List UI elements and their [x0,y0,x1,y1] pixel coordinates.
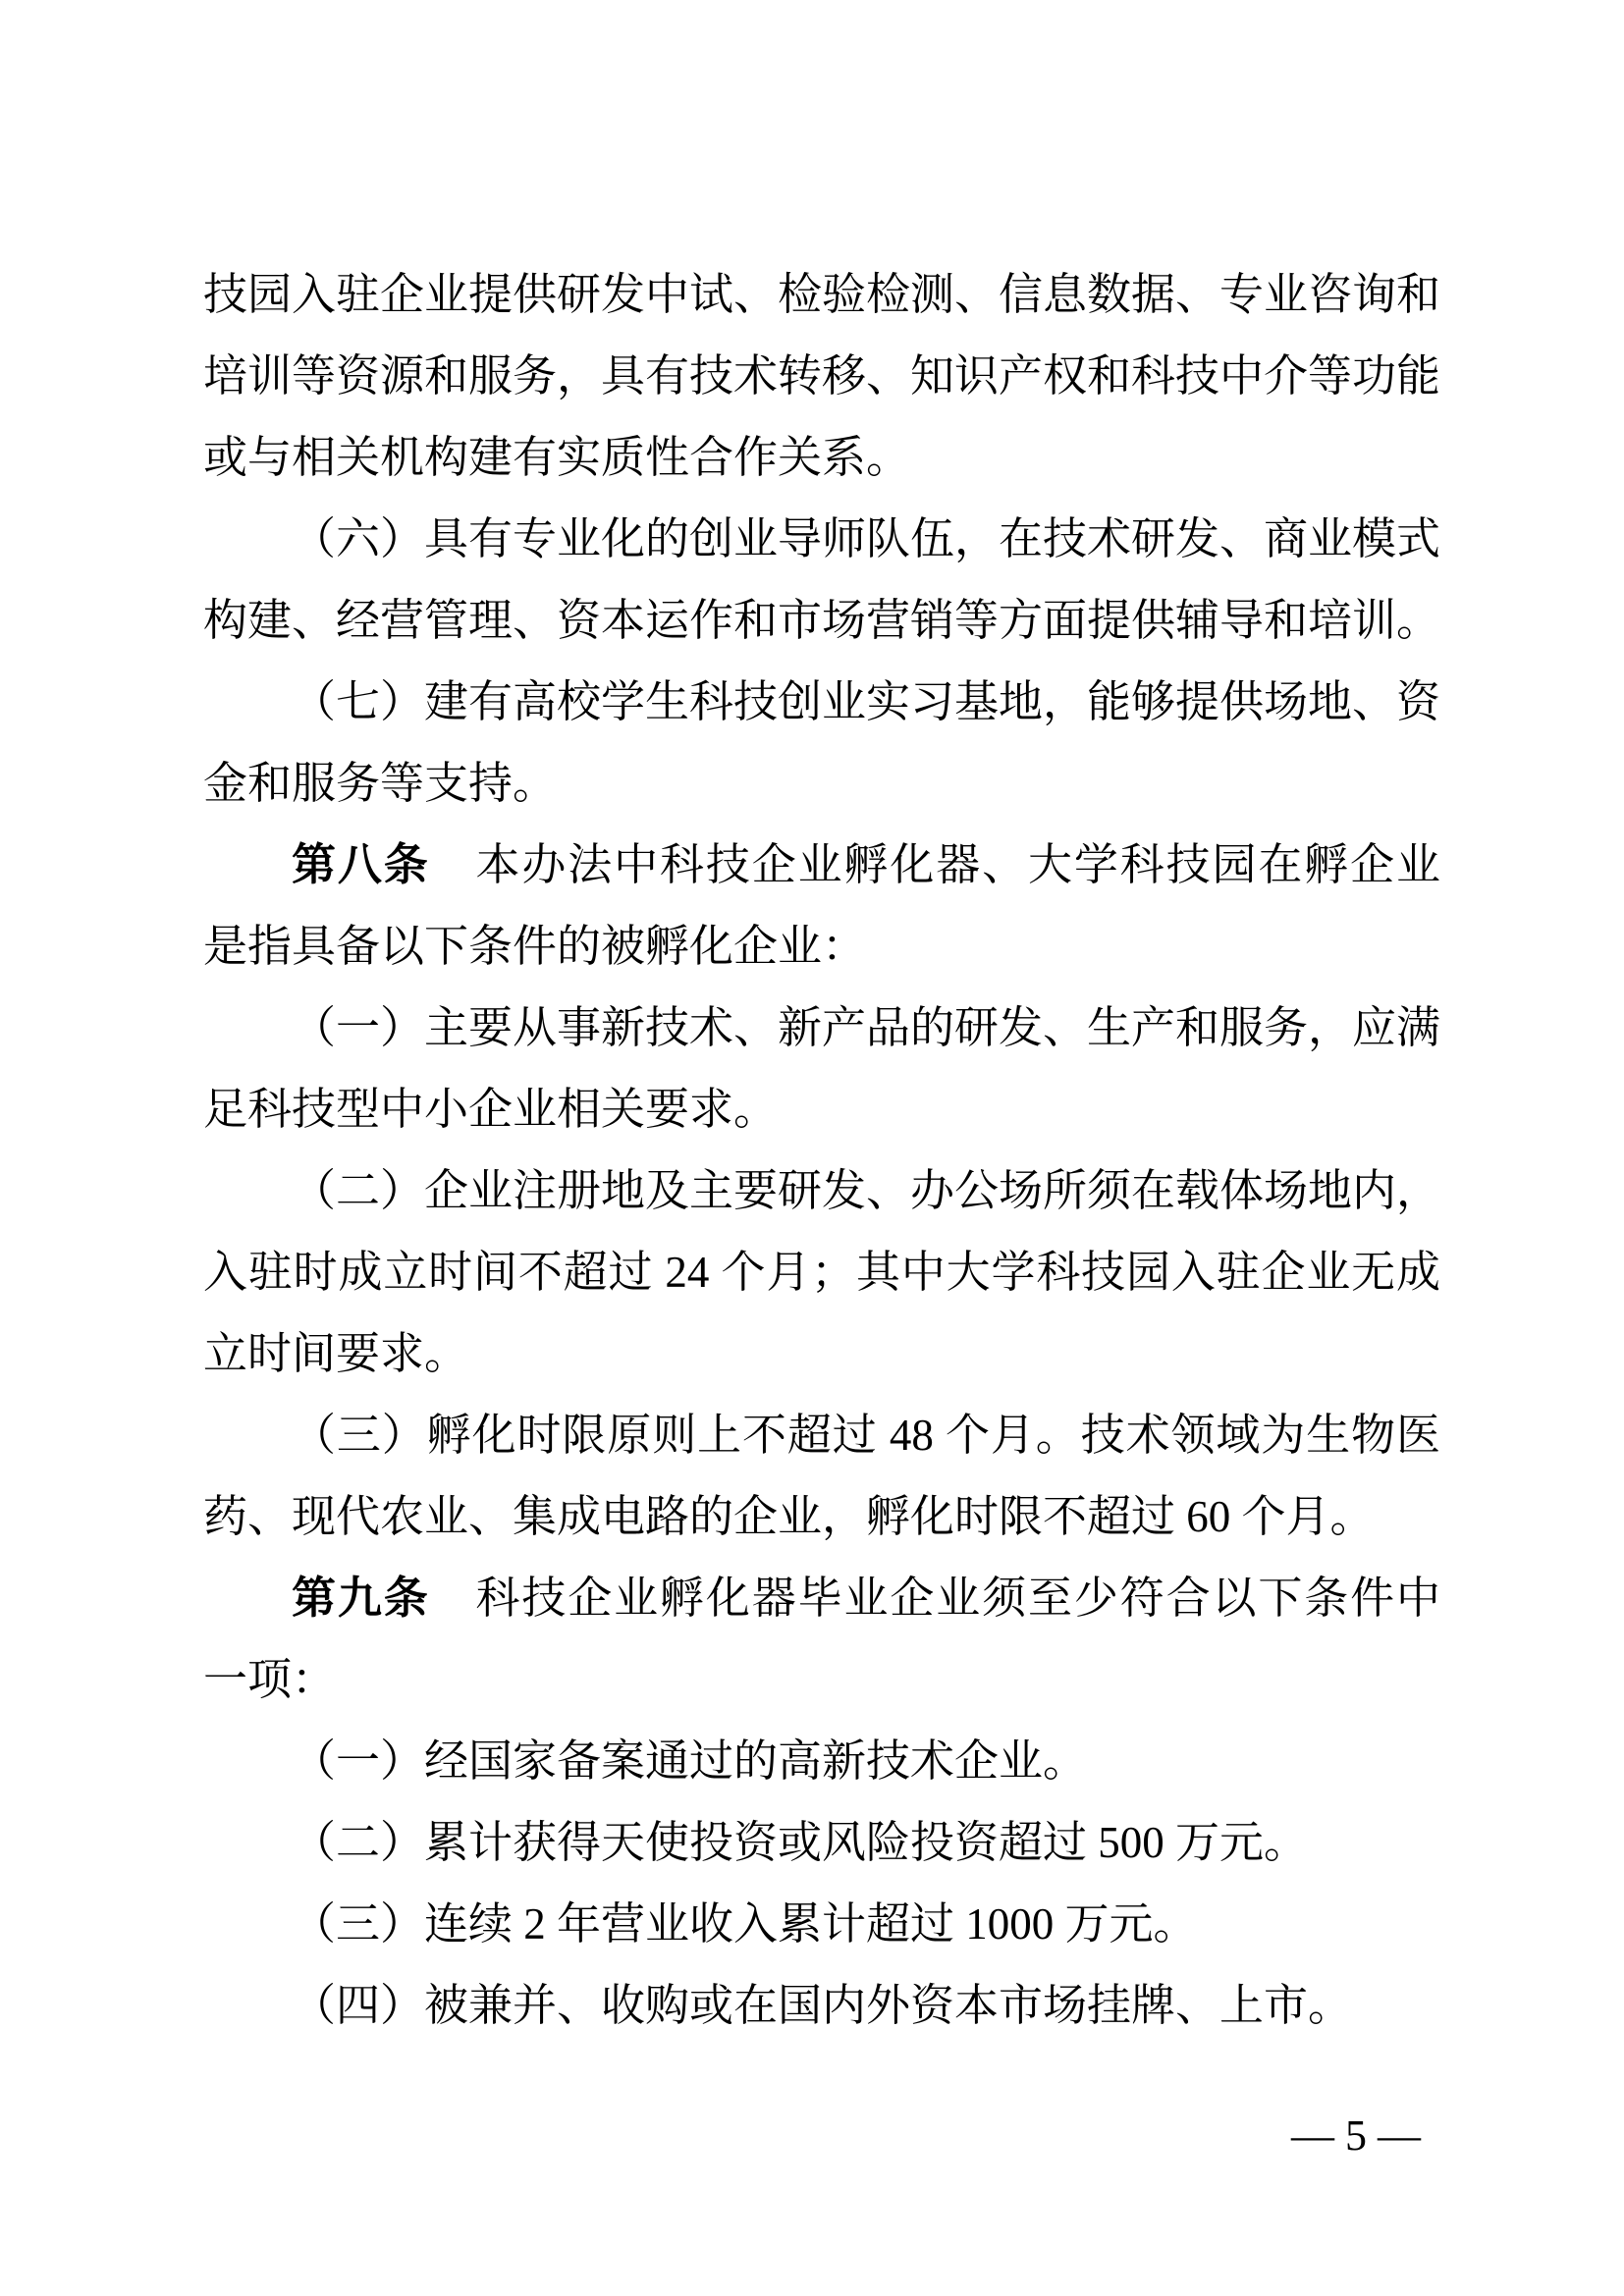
document-page: 技园入驻企业提供研发中试、检验检测、信息数据、专业咨询和培训等资源和服务，具有技… [0,0,1624,2296]
paragraph-continuation: 技园入驻企业提供研发中试、检验检测、信息数据、专业咨询和培训等资源和服务，具有技… [203,254,1440,499]
article-9-item-3: （三）连续 2 年营业收入累计超过 1000 万元。 [203,1884,1440,1965]
article-8-item-2: （二）企业注册地及主要研发、办公场所须在载体场地内，入驻时成立时间不超过 24 … [203,1150,1440,1395]
article-9-number: 第九条 [292,1574,430,1623]
article-9: 第九条 科技企业孵化器毕业企业须至少符合以下条件中一项： [203,1558,1440,1721]
article-8-item-1: （一）主要从事新技术、新产品的研发、生产和服务，应满足科技型中小企业相关要求。 [203,988,1440,1150]
article-8: 第八条 本办法中科技企业孵化器、大学科技园在孵企业是指具备以下条件的被孵化企业： [203,825,1440,988]
article-9-item-1: （一）经国家备案通过的高新技术企业。 [203,1721,1440,1802]
article-9-item-2: （二）累计获得天使投资或风险投资超过 500 万元。 [203,1802,1440,1884]
article-9-item-4: （四）被兼并、收购或在国内外资本市场挂牌、上市。 [203,1965,1440,2047]
document-body: 技园入驻企业提供研发中试、检验检测、信息数据、专业咨询和培训等资源和服务，具有技… [203,254,1440,2047]
clause-7: （七）建有高校学生科技创业实习基地，能够提供场地、资金和服务等支持。 [203,662,1440,825]
page-number: — 5 — [203,2110,1440,2162]
article-8-item-3: （三）孵化时限原则上不超过 48 个月。技术领域为生物医药、现代农业、集成电路的… [203,1395,1440,1558]
clause-6: （六）具有专业化的创业导师队伍，在技术研发、商业模式构建、经营管理、资本运作和市… [203,499,1440,662]
article-8-number: 第八条 [292,840,430,889]
